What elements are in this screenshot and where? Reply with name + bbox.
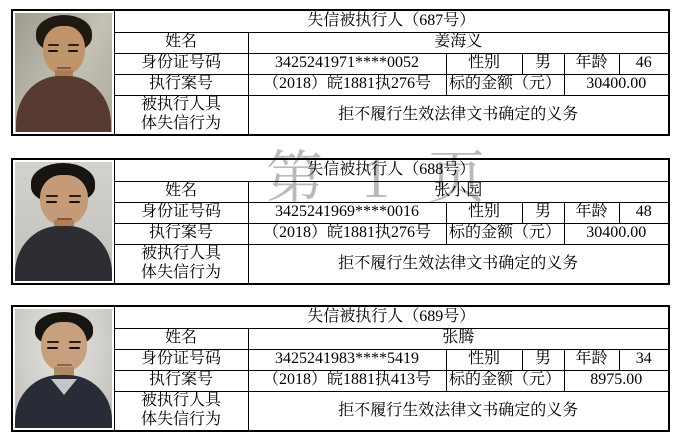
gender-value: 男 [522,53,564,74]
case-number-label: 执行案号 [114,370,248,391]
portrait-photo [15,13,112,132]
amount-value: 8975.00 [564,370,669,391]
portrait-photo-cell [12,306,114,431]
name-label: 姓名 [114,32,248,53]
photo-brow-shape [69,341,81,343]
amount-label: 标的金额（元） [446,370,564,391]
case-number-label: 执行案号 [114,74,248,95]
photo-eye-shape [46,201,57,203]
photo-brow-shape [47,341,59,343]
name-label: 姓名 [114,181,248,202]
portrait-photo-cell [12,159,114,284]
behavior-label-line1: 被执行人具 [115,245,248,263]
behavior-label: 被执行人具 体失信行为 [114,391,248,431]
amount-label: 标的金额（元） [446,223,564,244]
id-number-value: 3425241983****5419 [248,349,446,370]
name-label: 姓名 [114,328,248,349]
age-label: 年龄 [564,202,619,223]
record-table-689: 失信被执行人（689号） 姓名 张腾 身份证号码 3425241983****5… [11,305,670,432]
photo-eye-shape [69,347,80,349]
behavior-label: 被执行人具 体失信行为 [114,95,248,135]
case-number-value: （2018）皖1881执276号 [248,74,446,95]
name-value: 张小园 [248,181,669,202]
photo-shirt-shape [16,76,111,132]
age-value: 34 [619,349,669,370]
age-label: 年龄 [564,53,619,74]
name-value: 姜海义 [248,32,669,53]
behavior-label-line2: 体失信行为 [115,264,248,282]
name-value: 张腾 [248,328,669,349]
behavior-value: 拒不履行生效法律文书确定的义务 [248,95,669,135]
photo-eye-shape [48,50,58,52]
id-number-value: 3425241969****0016 [248,202,446,223]
age-label: 年龄 [564,349,619,370]
amount-value: 30400.00 [564,74,669,95]
photo-brow-shape [46,195,58,197]
behavior-value: 拒不履行生效法律文书确定的义务 [248,391,669,431]
gender-label: 性别 [446,53,522,74]
age-value: 46 [619,53,669,74]
scanned-notice-page: { "watermark": "第 1 页", "colors": { "bor… [0,0,700,443]
photo-mouth-shape [57,364,72,366]
record-table-688: 失信被执行人（688号） 姓名 张小园 身份证号码 3425241969****… [11,158,670,285]
record-title: 失信被执行人（688号） [114,159,669,181]
record-table-687: 失信被执行人（687号） 姓名 姜海义 身份证号码 3425241971****… [11,9,670,136]
photo-jacket-shape [15,226,112,281]
photo-eye-shape [47,347,58,349]
id-number-value: 3425241971****0052 [248,53,446,74]
record-title: 失信被执行人（689号） [114,306,669,328]
id-number-label: 身份证号码 [114,349,248,370]
portrait-photo-cell [12,10,114,135]
photo-eye-shape [69,201,80,203]
photo-brow-shape [68,44,79,46]
record-title: 失信被执行人（687号） [114,10,669,32]
portrait-photo [15,309,112,428]
behavior-label-line2: 体失信行为 [115,411,248,429]
behavior-label-line1: 被执行人具 [115,392,248,410]
behavior-label: 被执行人具 体失信行为 [114,244,248,284]
case-number-label: 执行案号 [114,223,248,244]
gender-label: 性别 [446,202,522,223]
gender-label: 性别 [446,349,522,370]
case-number-value: （2018）皖1881执276号 [248,223,446,244]
age-value: 48 [619,202,669,223]
id-number-label: 身份证号码 [114,202,248,223]
behavior-label-line1: 被执行人具 [115,96,248,114]
photo-brow-shape [69,195,81,197]
gender-value: 男 [522,202,564,223]
case-number-value: （2018）皖1881执413号 [248,370,446,391]
gender-value: 男 [522,349,564,370]
portrait-photo [15,162,112,281]
id-number-label: 身份证号码 [114,53,248,74]
behavior-label-line2: 体失信行为 [115,115,248,133]
photo-brow-shape [48,44,59,46]
behavior-value: 拒不履行生效法律文书确定的义务 [248,244,669,284]
amount-label: 标的金额（元） [446,74,564,95]
amount-value: 30400.00 [564,223,669,244]
photo-eye-shape [68,50,78,52]
photo-mouth-shape [57,67,71,69]
